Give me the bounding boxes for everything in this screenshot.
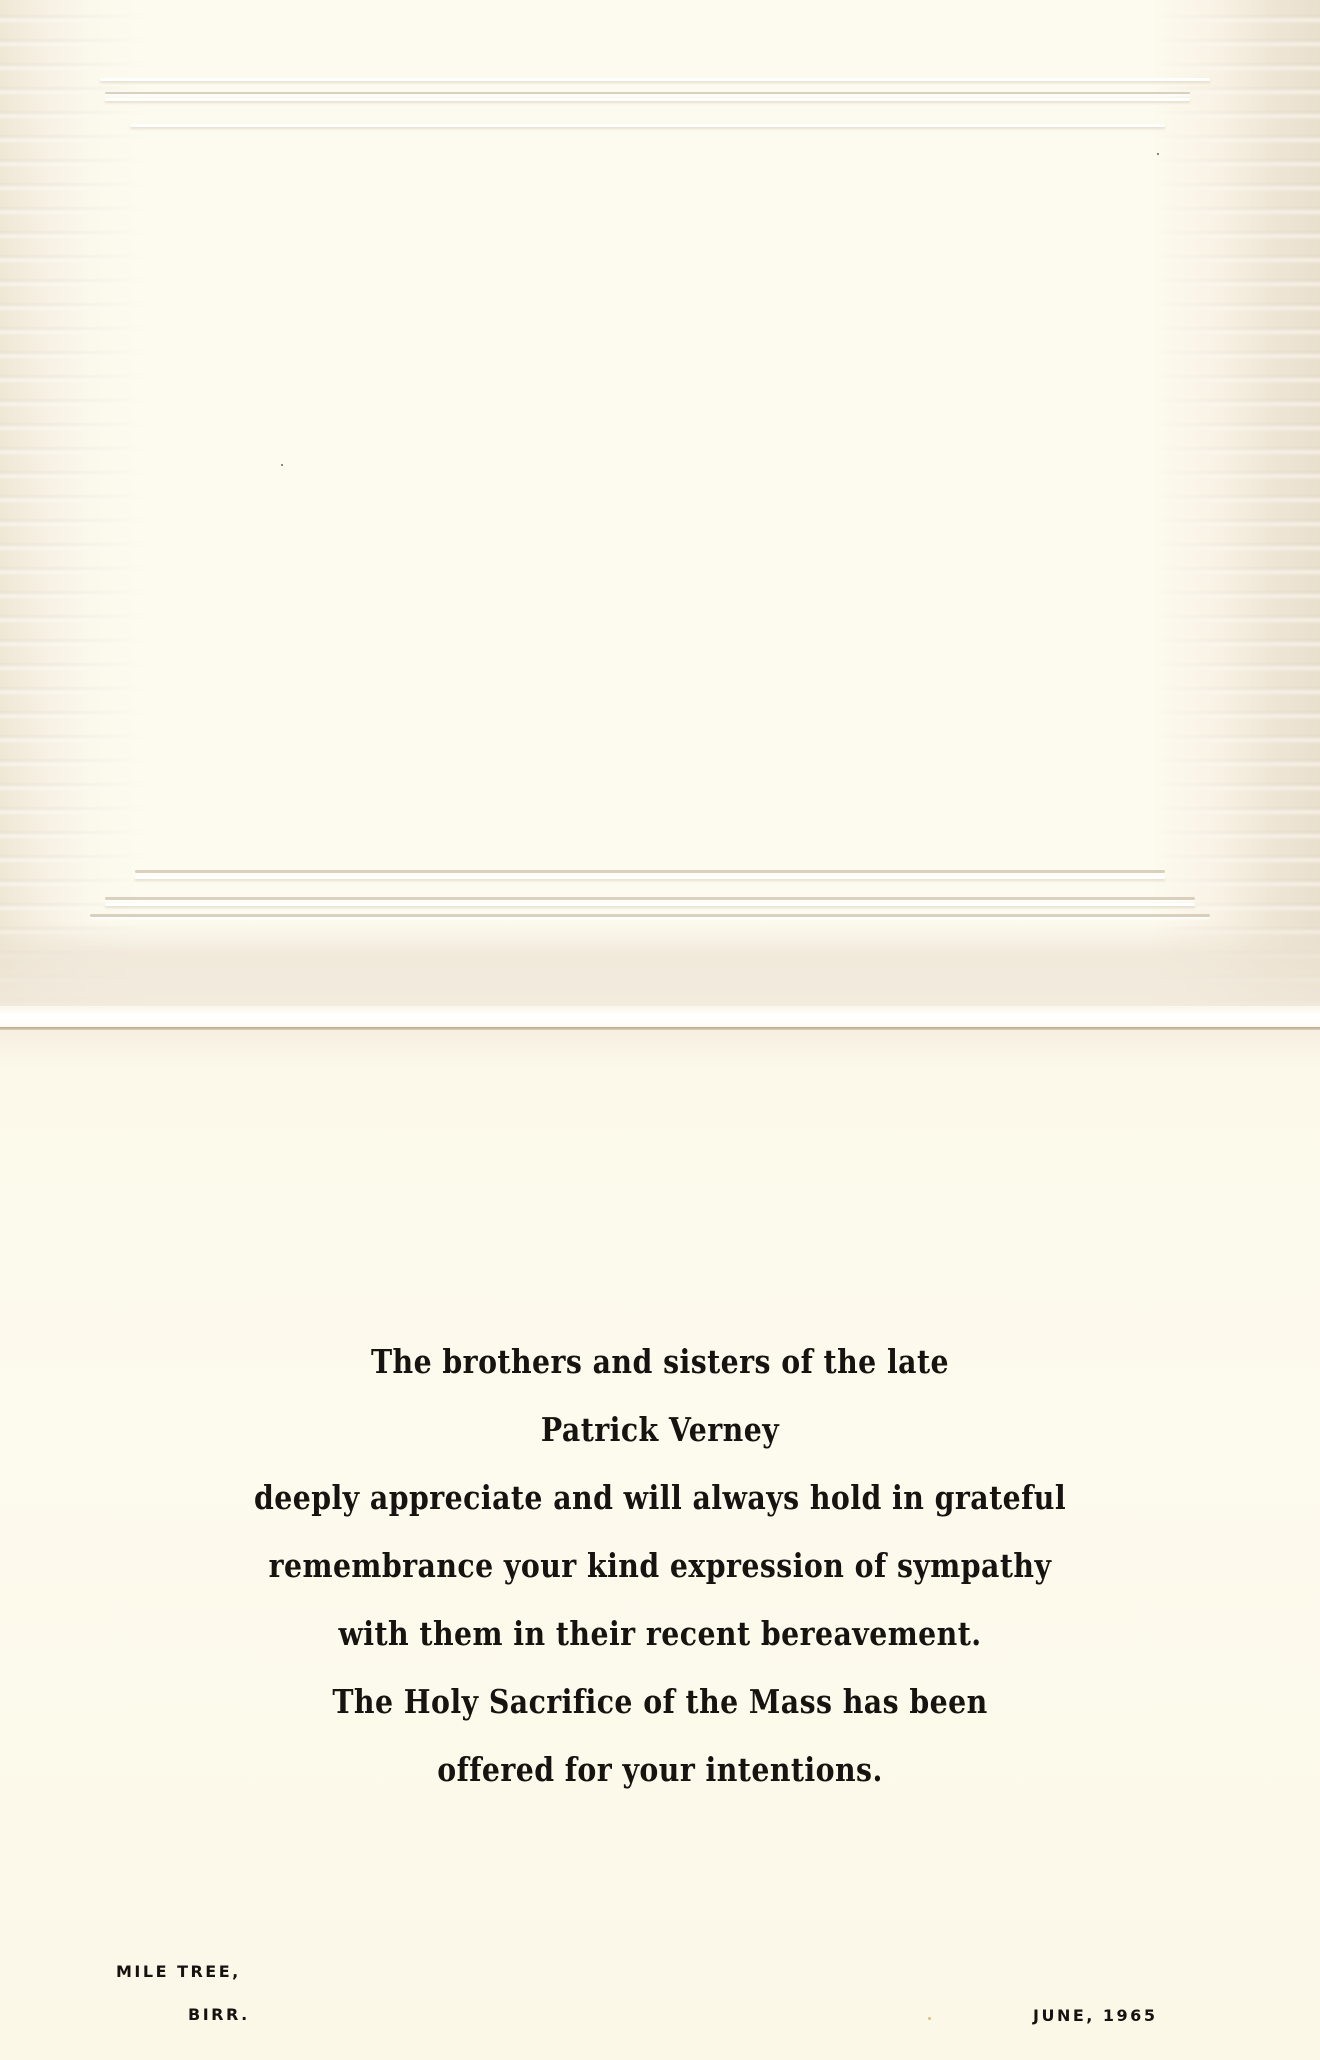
embossed-top-panel — [0, 0, 1320, 1010]
card-date: JUNE, 1965 — [1033, 2006, 1157, 2025]
embossed-shadow-strip — [0, 920, 1320, 1010]
message-line-intro: The brothers and sisters of the late — [92, 1328, 1227, 1396]
embossed-border-line — [100, 78, 1210, 81]
memorial-card: The brothers and sisters of the late Pat… — [0, 0, 1320, 2060]
message-line: with them in their recent bereavement. — [92, 1600, 1227, 1668]
deceased-name: Patrick Verney — [92, 1396, 1227, 1464]
message-line-mass: The Holy Sacrifice of the Mass has been — [92, 1668, 1227, 1736]
message-line: remembrance your kind expression of symp… — [92, 1532, 1227, 1600]
embossed-border-line — [105, 903, 1195, 906]
message-line: offered for your intentions. — [92, 1736, 1227, 1804]
fold-highlight — [0, 1006, 1320, 1026]
embossed-border-line — [105, 897, 1195, 900]
embossed-border-line — [130, 124, 1165, 127]
embossed-border-line — [105, 92, 1190, 94]
acknowledgement-message: The brothers and sisters of the late Pat… — [0, 1328, 1320, 1804]
message-line: deeply appreciate and will always hold i… — [92, 1464, 1227, 1532]
embossed-border-line — [90, 914, 1210, 917]
paper-speck — [281, 464, 283, 466]
address-line-2: BIRR. — [188, 2005, 250, 2024]
embossed-border-line — [135, 870, 1165, 873]
paper-speck — [1157, 153, 1159, 155]
embossed-border-line — [105, 98, 1190, 101]
address-line-1: MILE TREE, — [116, 1962, 241, 1981]
paper-speck — [928, 2017, 931, 2020]
embossed-border-line — [135, 876, 1165, 879]
sender-address: MILE TREE, BIRR. — [116, 1962, 250, 2024]
